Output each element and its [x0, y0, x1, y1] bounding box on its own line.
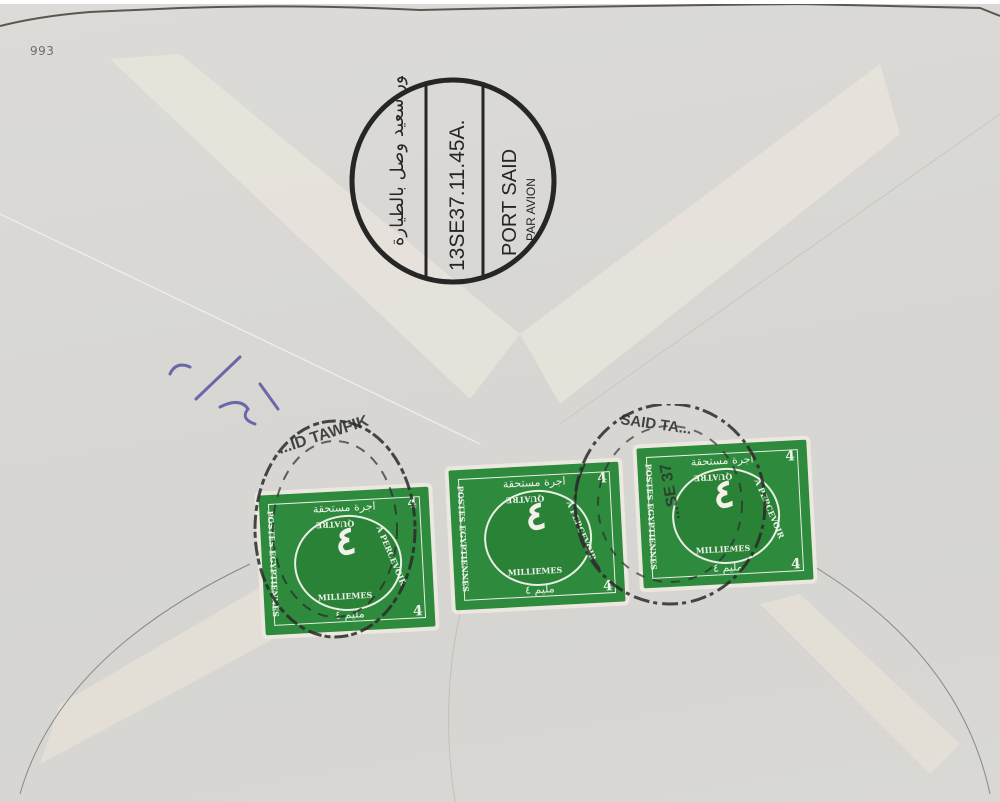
postmark-arabic: بور سعيد وصل بالطيارة: [387, 76, 408, 246]
cancellation-date-text: ...SE 37: [657, 462, 684, 521]
postmark-city: PORT SAID: [499, 149, 521, 256]
envelope-back: 993 13SE37.11.45A. PORT SAID PAR AVION ب…: [0, 4, 1000, 802]
port-said-postmark: 13SE37.11.45A. PORT SAID PAR AVION بور س…: [348, 76, 558, 286]
cancellation-text-right: SAID TA...: [619, 411, 692, 438]
envelope-photo: 993 13SE37.11.45A. PORT SAID PAR AVION ب…: [0, 0, 1000, 802]
stamp-cancellations: ...ID TAWFIK SAID TA... ...SE 37: [240, 404, 800, 664]
cancellation-text-left: ...ID TAWFIK: [276, 412, 371, 457]
postmark-date: 13SE37.11.45A.: [446, 120, 469, 271]
pencil-catalog-number: 993: [30, 44, 54, 58]
postmark-par-avion: PAR AVION: [524, 178, 538, 241]
